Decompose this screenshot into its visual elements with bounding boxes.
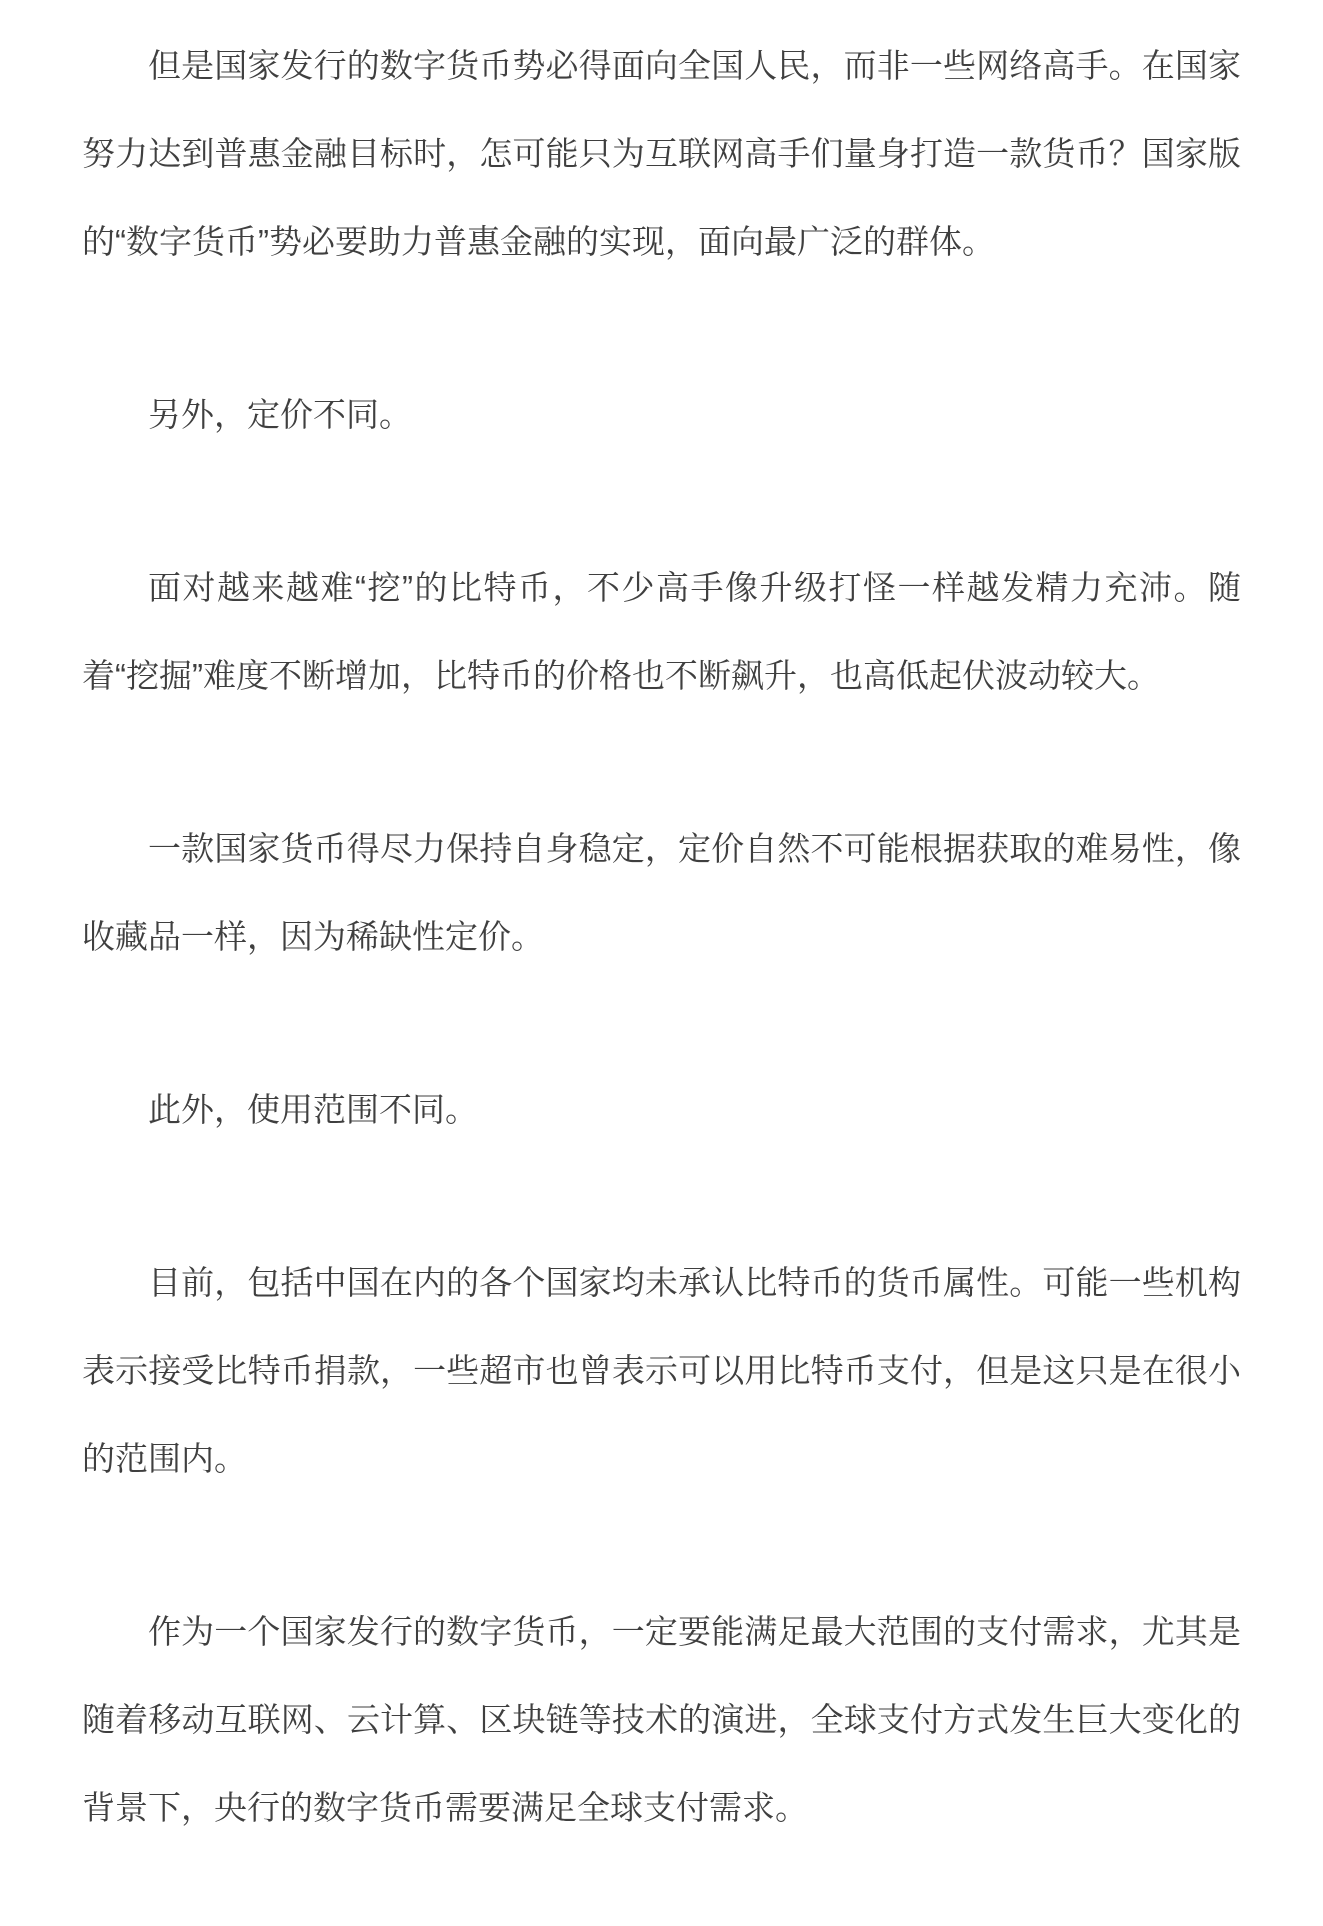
paragraph-payment-demand-global: 作为一个国家发行的数字货币，一定要能满足最大范围的支付需求，尤其是随着移动互联网… [82,1588,1241,1852]
document-page: 但是国家发行的数字货币势必得面向全国人民，而非一些网络高手。在国家努力达到普惠金… [0,0,1323,1926]
paragraph-pricing-differs-heading: 另外，定价不同。 [82,371,1241,459]
paragraph-bitcoin-not-recognized: 目前，包括中国在内的各个国家均未承认比特币的货币属性。可能一些机构表示接受比特币… [82,1239,1241,1503]
paragraph-national-digital-currency-audience: 但是国家发行的数字货币势必得面向全国人民，而非一些网络高手。在国家努力达到普惠金… [82,22,1241,286]
paragraph-national-currency-stability: 一款国家货币得尽力保持自身稳定，定价自然不可能根据获取的难易性，像收藏品一样，因… [82,805,1241,981]
paragraph-bitcoin-mining-price: 面对越来越难“挖”的比特币，不少高手像升级打怪一样越发精力充沛。随着“挖掘”难度… [82,544,1241,720]
paragraph-usage-scope-differs-heading: 此外，使用范围不同。 [82,1066,1241,1154]
